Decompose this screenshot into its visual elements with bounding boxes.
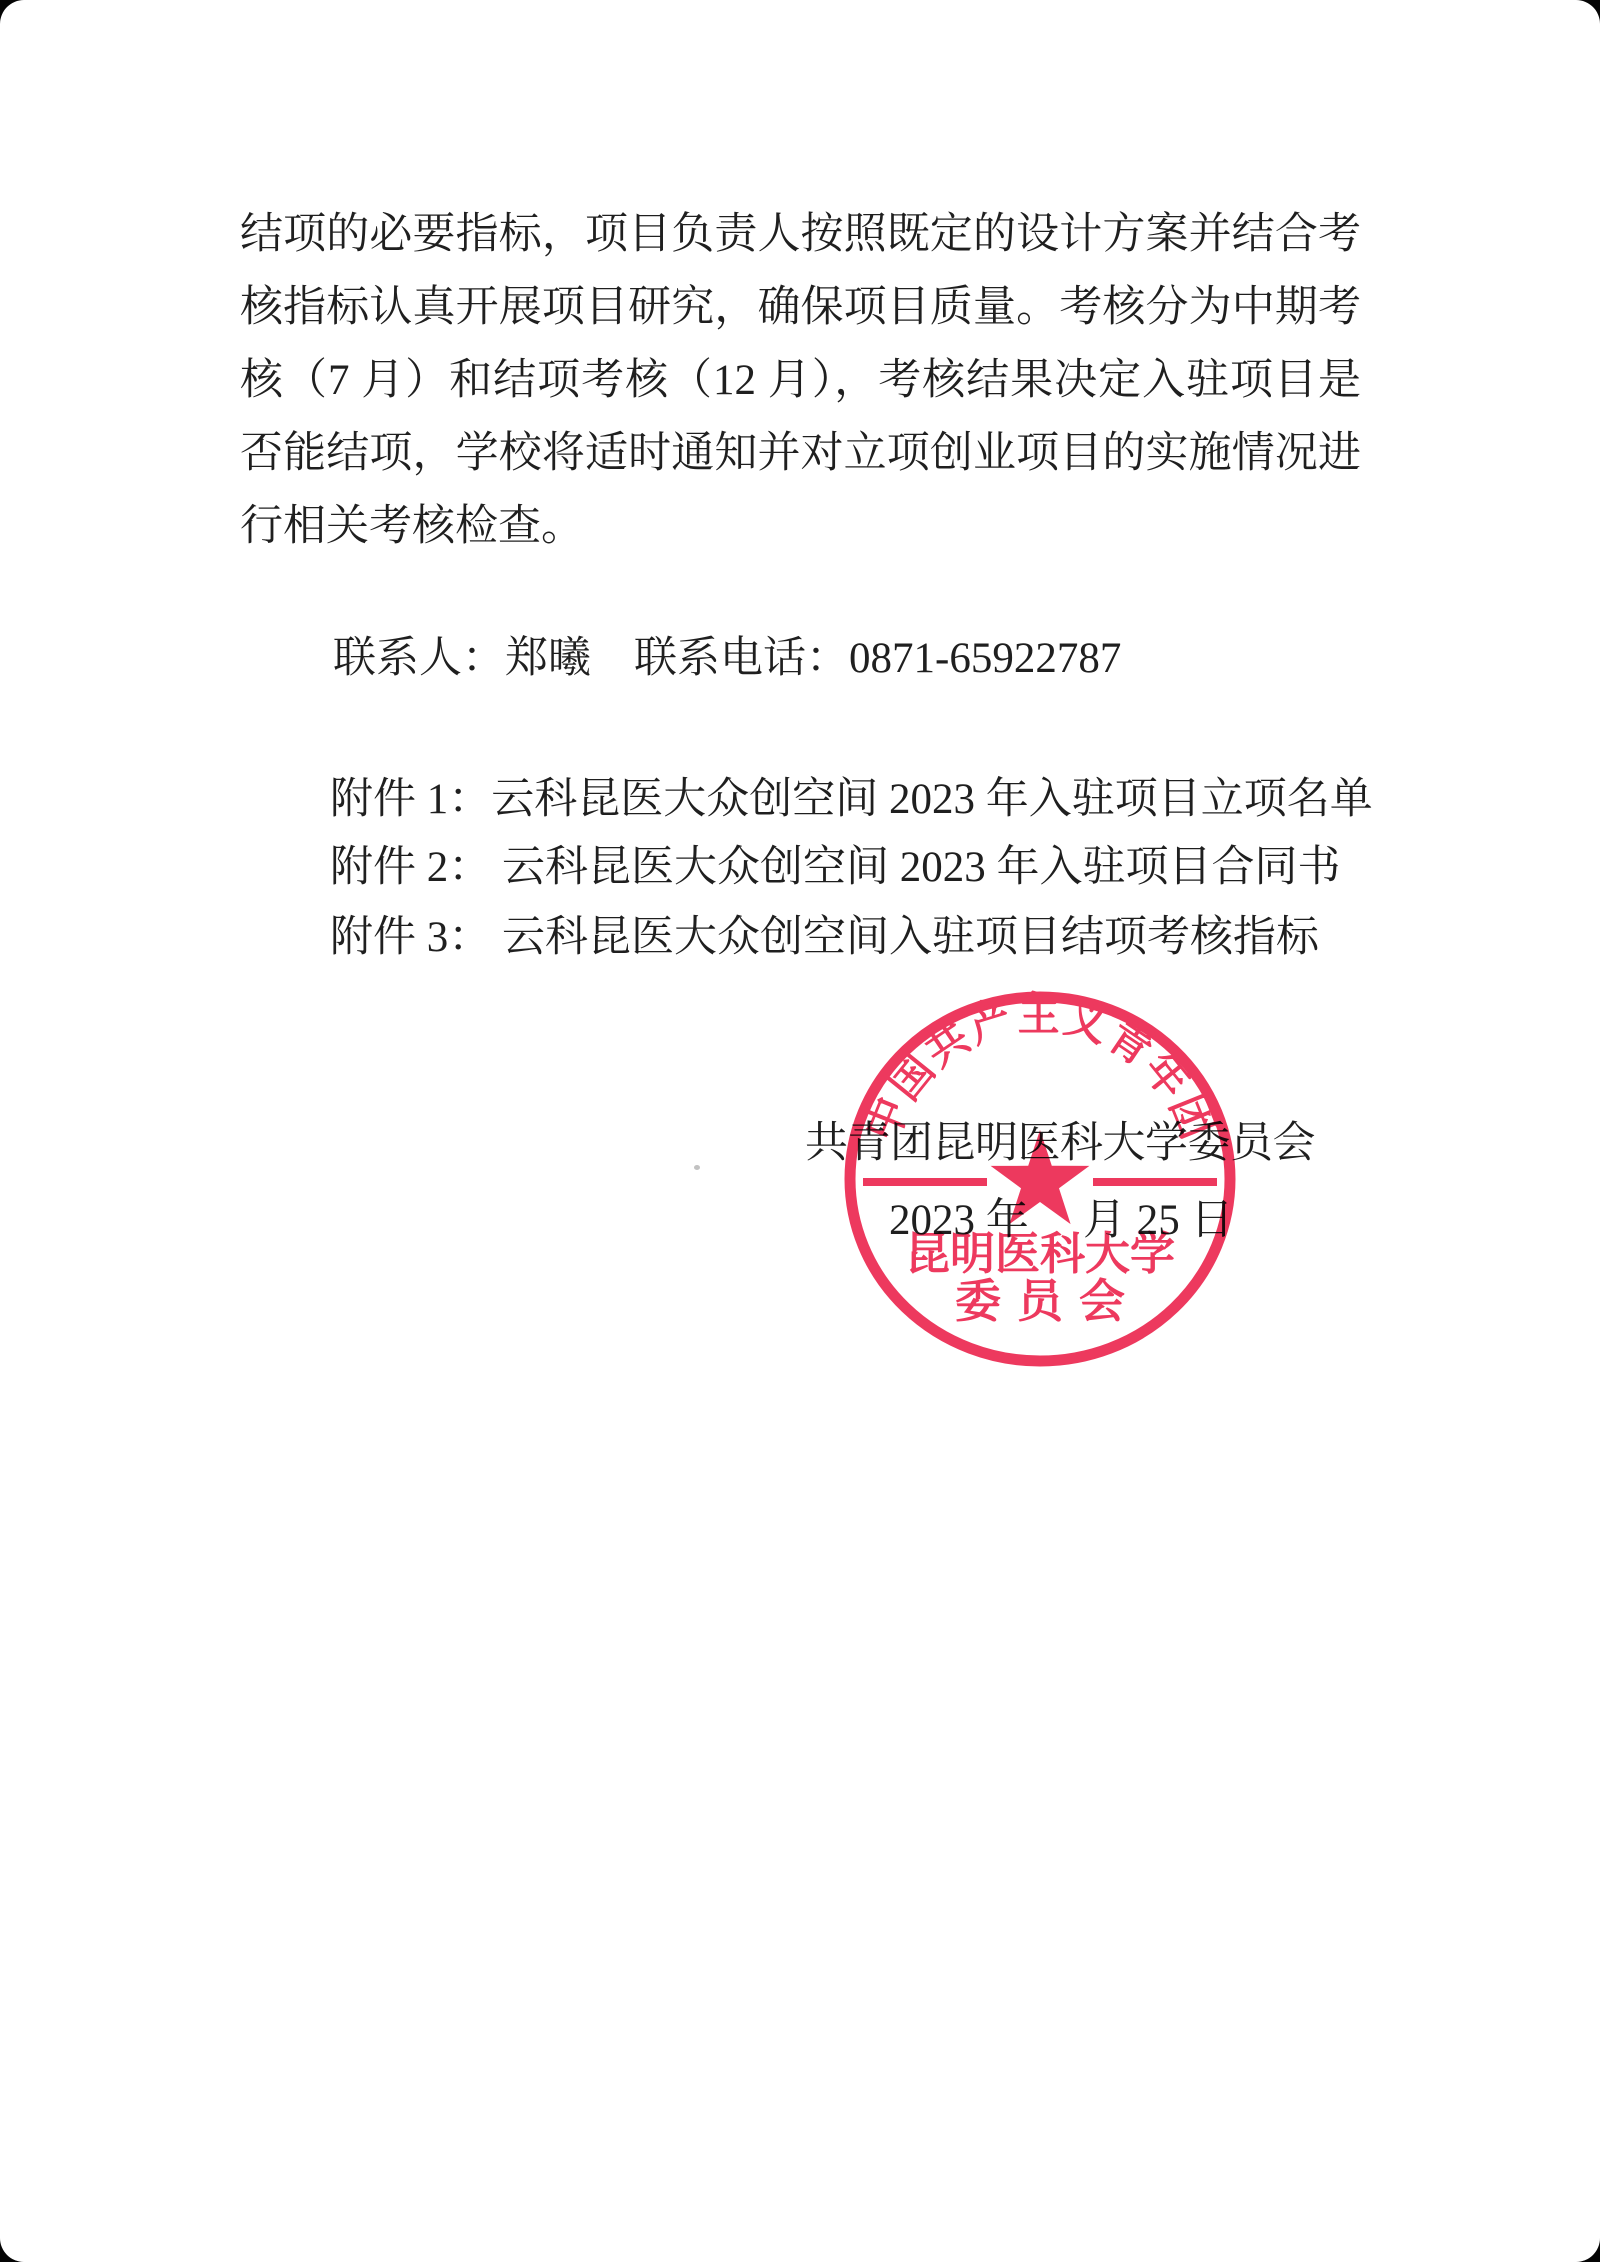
contact-line: 联系人：郑曦 联系电话：0871-65922787 — [333, 637, 1121, 680]
stamp-star-icon — [991, 1130, 1090, 1224]
document-page: 结项的必要指标，项目负责人按照既定的设计方案并结合考 核指标认真开展项目研究，确… — [0, 0, 1600, 2262]
paragraph-line-1: 结项的必要指标，项目负责人按照既定的设计方案并结合考 — [240, 213, 1361, 256]
stamp-university-text: 昆明医科大学 — [905, 1229, 1175, 1279]
paragraph-line-4: 否能结项，学校将适时通知并对立项创业项目的实施情况进 — [240, 432, 1361, 475]
stamp-committee-text: 委员会 — [955, 1276, 1141, 1327]
attachment-item-2: 附件 2： 云科昆医大众创空间 2023 年入驻项目合同书 — [330, 846, 1341, 889]
stamp-bar-left — [863, 1178, 987, 1186]
paragraph-line-5: 行相关考核检查。 — [240, 505, 1361, 548]
scan-speck — [694, 1165, 700, 1170]
official-seal-stamp: 中国共产主义青年团 昆明医科大学 委员会 — [841, 979, 1251, 1379]
paragraph-line-2: 核指标认真开展项目研究，确保项目质量。考核分为中期考 — [240, 286, 1361, 329]
stamp-bar-right — [1093, 1178, 1217, 1186]
stamp-ring-text-path: 中国共产主义青年团 — [855, 989, 1224, 1148]
paragraph-line-3: 核（7 月）和结项考核（12 月），考核结果决定入驻项目是 — [240, 359, 1361, 402]
attachment-item-3: 附件 3： 云科昆医大众创空间入驻项目结项考核指标 — [330, 916, 1319, 959]
attachment-item-1: 附件 1：云科昆医大众创空间 2023 年入驻项目立项名单 — [330, 778, 1373, 821]
stamp-ring-text: 中国共产主义青年团 — [855, 989, 1224, 1148]
